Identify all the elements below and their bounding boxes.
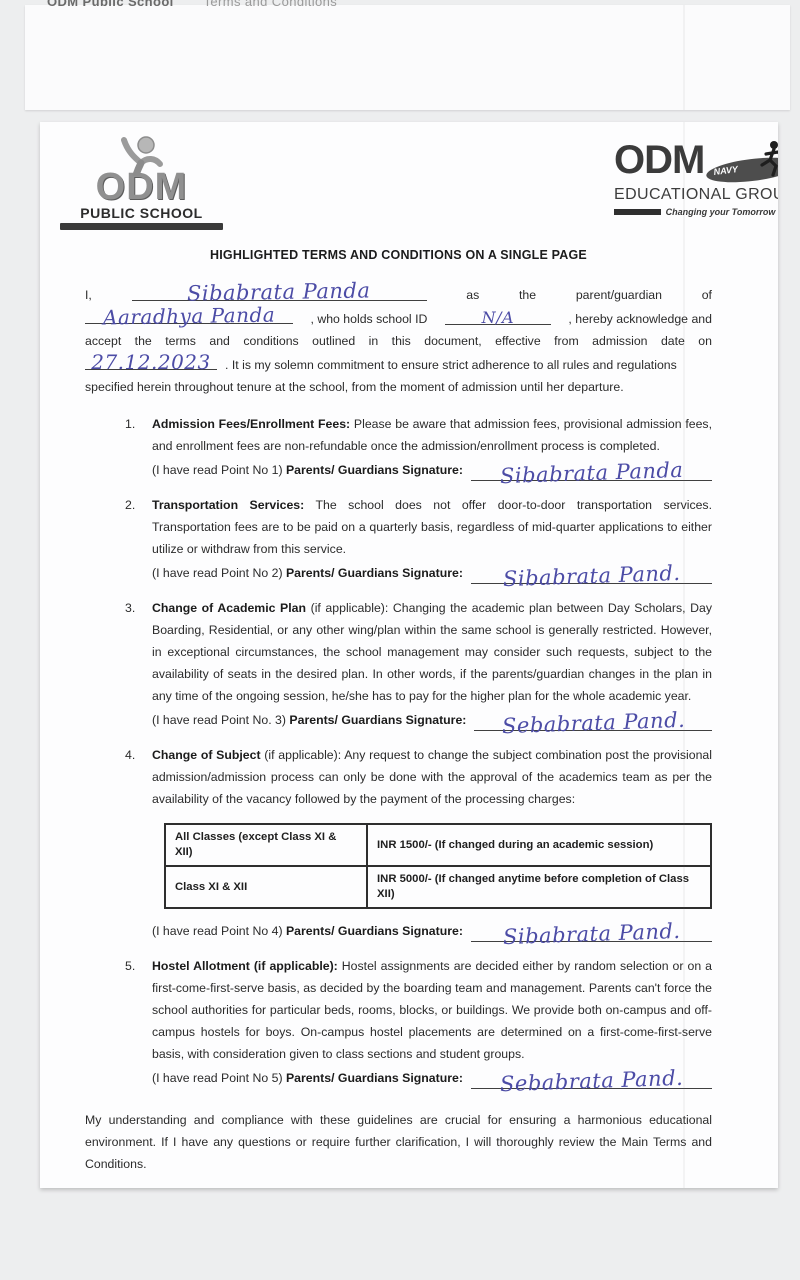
student-name-handwriting: Aaradhya Panda	[103, 304, 276, 327]
intro-line-3: accept the terms and conditions outlined…	[85, 330, 712, 352]
point-text: Change of Subject (if applicable): Any r…	[152, 744, 712, 810]
intro-line-1: I, Sibabrata Panda as the parent/guardia…	[85, 282, 712, 306]
intro-line-5: specified herein throughout tenure at th…	[85, 376, 712, 398]
intro-word: as	[466, 284, 479, 306]
school-id-field: N/A	[445, 310, 551, 325]
signature-handwriting: Sebabrata Pand.	[500, 1068, 684, 1095]
term-point-3: 3. Change of Academic Plan (if applicabl…	[125, 597, 712, 731]
admission-date-field: 27.12.2023	[85, 352, 217, 370]
fee-class-cell: All Classes (except Class XI & XII)	[165, 824, 367, 866]
previous-page-header: ODM Public School Terms and Conditions	[47, 0, 337, 9]
intro-paragraph: I, Sibabrata Panda as the parent/guardia…	[85, 282, 712, 398]
signature-line: (I have read Point No 1) Parents/ Guardi…	[152, 459, 712, 481]
fee-class-cell: Class XI & XII	[165, 866, 367, 908]
point-text: Admission Fees/Enrollment Fees: Please b…	[152, 413, 712, 457]
leaping-person-icon	[112, 136, 170, 176]
term-point-4: 4. Change of Subject (if applicable): An…	[125, 744, 712, 942]
acknowledgement: (I have read Point No 1) Parents/ Guardi…	[152, 459, 463, 481]
intro-text: , hereby acknowledge and	[568, 308, 712, 330]
parent-name-field: Sibabrata Panda	[132, 282, 427, 301]
logo-bottom-bar	[60, 223, 223, 230]
table-row: Class XI & XII INR 5000/- (If changed an…	[165, 866, 711, 908]
signature-field: Sebabrata Pand.	[471, 1071, 712, 1089]
acknowledgement: (I have read Point No 5) Parents/ Guardi…	[152, 1067, 463, 1089]
point-number: 4.	[125, 744, 152, 942]
point-text: Transportation Services: The school does…	[152, 494, 712, 560]
closing-paragraph: My understanding and compliance with the…	[85, 1109, 712, 1175]
point-heading: Admission Fees/Enrollment Fees:	[152, 417, 350, 431]
logo-tagline-row: Changing your Tomorrow	[614, 207, 778, 217]
signature-handwriting: Sebabrata Pand.	[501, 710, 685, 737]
table-row: All Classes (except Class XI & XII) INR …	[165, 824, 711, 866]
intro-text: . It is my solemn commitment to ensure s…	[225, 354, 677, 376]
signature-line: (I have read Point No 4) Parents/ Guardi…	[152, 920, 712, 942]
signature-label: Parents/ Guardians Signature:	[286, 1071, 463, 1085]
point-text: Change of Academic Plan (if applicable):…	[152, 597, 712, 707]
signature-line: (I have read Point No 2) Parents/ Guardi…	[152, 562, 712, 584]
logo-educational-group-text: EDUCATIONAL GROUP	[614, 186, 778, 204]
intro-i: I,	[85, 284, 92, 306]
previous-page-bottom: ODM Public School Terms and Conditions	[25, 5, 790, 110]
signature-label: Parents/ Guardians Signature:	[289, 713, 466, 727]
fee-amount-cell: INR 5000/- (If changed anytime before co…	[367, 866, 711, 908]
signature-field: Sibabrata Pand.	[471, 566, 712, 584]
student-name-field: Aaradhya Panda	[85, 306, 293, 324]
point-body: Hostel assignments are decided either by…	[152, 959, 712, 1061]
intro-text: , who holds school ID	[311, 308, 428, 330]
point-text: Hostel Allotment (if applicable): Hostel…	[152, 955, 712, 1065]
ack-text: (I have read Point No 2)	[152, 566, 283, 580]
point-number: 1.	[125, 413, 152, 481]
term-point-2: 2. Transportation Services: The school d…	[125, 494, 712, 584]
ack-text: (I have read Point No 4)	[152, 924, 283, 938]
signature-handwriting: Sibabrata Panda	[499, 460, 683, 487]
logo-header: ODM PUBLIC SCHOOL ODM NAVY EDUCATIONAL G…	[54, 136, 778, 230]
fee-amount-cell: INR 1500/- (If changed during an academi…	[367, 824, 711, 866]
previous-page-school-name: ODM Public School	[47, 0, 174, 9]
point-number: 3.	[125, 597, 152, 731]
swoosh-runner-icon: NAVY	[700, 138, 778, 188]
admission-date-handwriting: 27.12.2023	[91, 352, 211, 372]
paper-crease	[683, 122, 685, 1188]
page-title: HIGHLIGHTED TERMS AND CONDITIONS ON A SI…	[85, 248, 712, 262]
subject-change-fee-table: All Classes (except Class XI & XII) INR …	[164, 823, 712, 909]
point-heading: Hostel Allotment (if applicable):	[152, 959, 338, 973]
point-heading: Transportation Services:	[152, 498, 304, 512]
odm-educational-group-logo: ODM NAVY EDUCATIONAL GROUP Changing your…	[614, 136, 778, 217]
term-point-1: 1. Admission Fees/Enrollment Fees: Pleas…	[125, 413, 712, 481]
point-number: 5.	[125, 955, 152, 1089]
logo-odm-text: ODM	[614, 138, 704, 182]
terms-list: 1. Admission Fees/Enrollment Fees: Pleas…	[85, 413, 712, 1089]
intro-line-2: Aaradhya Panda , who holds school ID N/A…	[85, 306, 712, 330]
signature-label: Parents/ Guardians Signature:	[286, 924, 463, 938]
logo-public-school-text: PUBLIC SCHOOL	[54, 205, 229, 221]
point-number: 2.	[125, 494, 152, 584]
term-point-5: 5. Hostel Allotment (if applicable): Hos…	[125, 955, 712, 1089]
ack-text: (I have read Point No. 3)	[152, 713, 286, 727]
logo-tagline-text: Changing your Tomorrow	[666, 207, 776, 217]
intro-line-4: 27.12.2023 . It is my solemn commitment …	[85, 352, 712, 376]
previous-page-doc-title: Terms and Conditions	[203, 0, 337, 9]
signature-field: Sibabrata Panda	[471, 463, 712, 481]
signature-handwriting: Sibabrata Pand.	[502, 921, 680, 948]
odm-public-school-logo: ODM PUBLIC SCHOOL	[54, 136, 229, 230]
signature-line: (I have read Point No 5) Parents/ Guardi…	[152, 1067, 712, 1089]
signature-handwriting: Sibabrata Pand.	[502, 563, 680, 590]
intro-word: of	[702, 284, 712, 306]
paper-crease	[683, 5, 685, 110]
school-id-handwriting: N/A	[482, 310, 514, 326]
signature-field: Sibabrata Pand.	[471, 924, 712, 942]
signature-line: (I have read Point No. 3) Parents/ Guard…	[152, 709, 712, 731]
ack-text: (I have read Point No 1)	[152, 463, 283, 477]
acknowledgement: (I have read Point No 2) Parents/ Guardi…	[152, 562, 463, 584]
acknowledgement: (I have read Point No 4) Parents/ Guardi…	[152, 920, 463, 942]
intro-word: parent/guardian	[576, 284, 662, 306]
acknowledgement: (I have read Point No. 3) Parents/ Guard…	[152, 709, 466, 731]
logo-tagline-bar	[614, 209, 661, 215]
document-content: I, Sibabrata Panda as the parent/guardia…	[85, 282, 712, 1188]
parent-name-handwriting: Sibabrata Panda	[187, 280, 371, 304]
point-heading: Change of Subject	[152, 748, 261, 762]
point-heading: Change of Academic Plan	[152, 601, 306, 615]
signature-field: Sebabrata Pand.	[474, 713, 712, 731]
signature-label: Parents/ Guardians Signature:	[286, 566, 463, 580]
intro-word: the	[519, 284, 536, 306]
document-page: ODM PUBLIC SCHOOL ODM NAVY EDUCATIONAL G…	[40, 122, 778, 1188]
point-body: (if applicable): Changing the academic p…	[152, 601, 712, 703]
signature-label: Parents/ Guardians Signature:	[286, 463, 463, 477]
ack-text: (I have read Point No 5)	[152, 1071, 283, 1085]
